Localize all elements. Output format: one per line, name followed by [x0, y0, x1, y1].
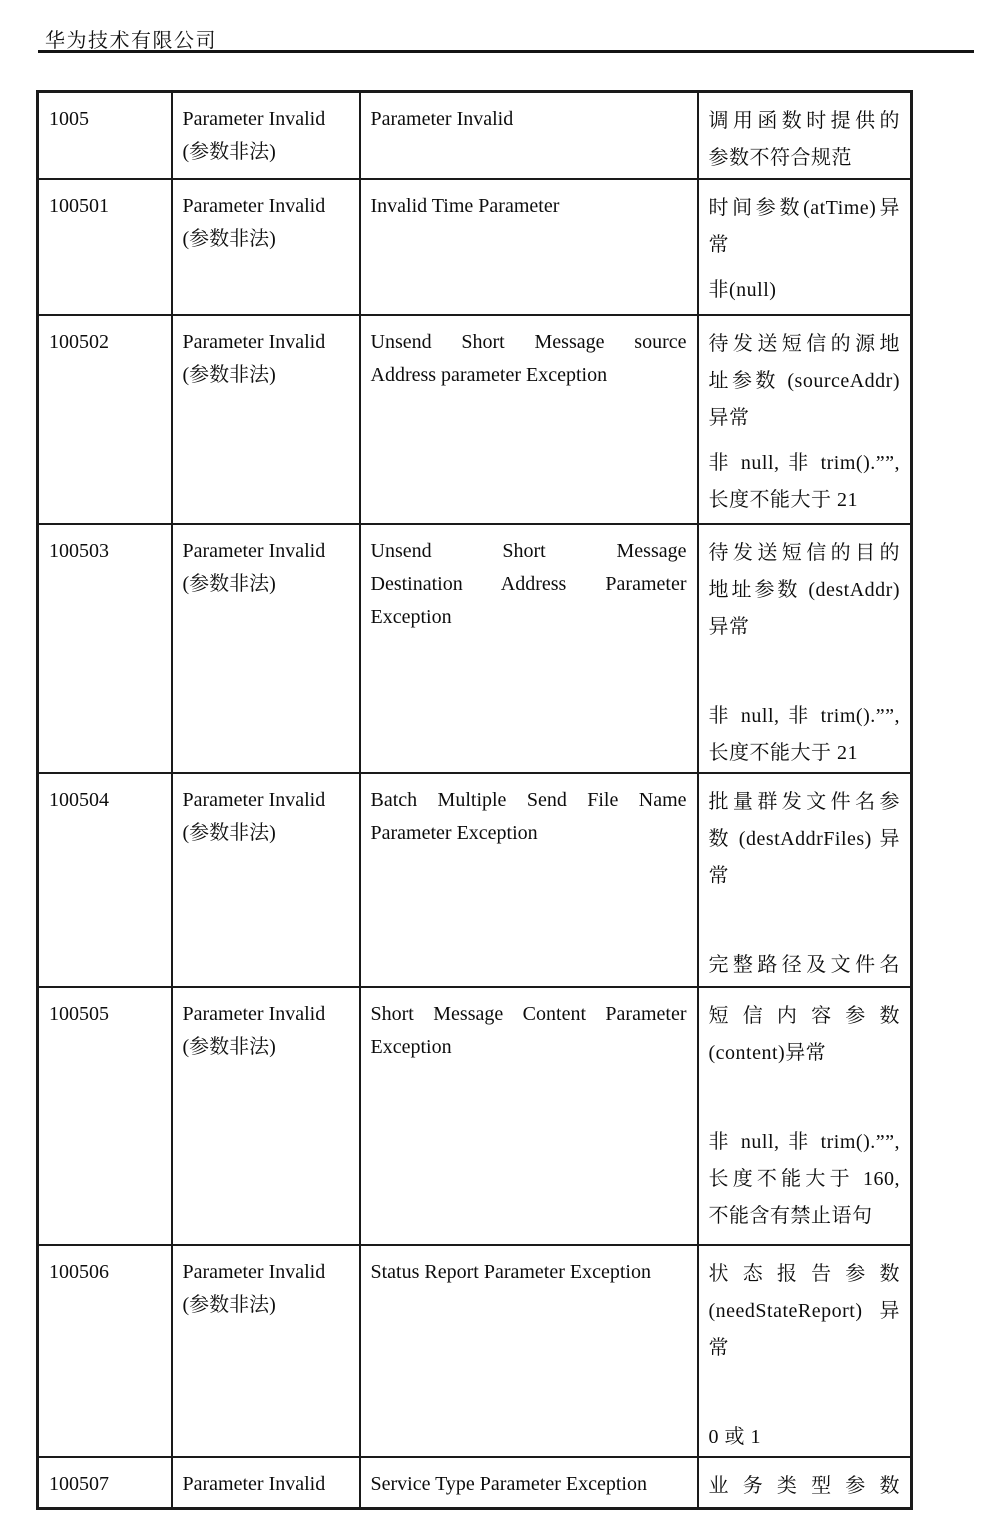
desc-cn-line: 待发送短信的目的 — [709, 535, 901, 572]
desc-cn-line: (needStateReport) 异 — [709, 1293, 901, 1330]
paragraph-gap — [709, 895, 901, 947]
desc-cn-line: 异常 — [709, 400, 901, 437]
company-name: 华为技术有限公司 — [45, 24, 217, 53]
desc-en-line: Unsend Short Message source — [371, 326, 687, 359]
error-name-en: Parameter Invalid — [183, 784, 349, 817]
desc-cn-line: 完整路径及文件名 — [709, 947, 901, 984]
paragraph-gap — [709, 264, 901, 272]
desc-cn-line: 数 (destAddrFiles) 异 — [709, 821, 901, 858]
error-name-en: Parameter Invalid — [183, 1256, 349, 1289]
error-name-cn: (参数非法) — [183, 136, 349, 169]
error-code-table: 1005 Parameter Invalid (参数非法) Parameter … — [36, 90, 913, 1510]
document-page: 华为技术有限公司 1005 Parameter Invalid (参数非法) P… — [0, 0, 1000, 1537]
desc-cn-line: 常 — [709, 227, 901, 264]
error-code: 100501 — [49, 190, 161, 223]
error-name-en: Parameter Invalid — [183, 998, 349, 1031]
table-row: 1005 Parameter Invalid (参数非法) Parameter … — [38, 92, 912, 179]
desc-cn-line: 短信内容参数 — [709, 998, 901, 1035]
table-row: 100504 Parameter Invalid (参数非法) Batch Mu… — [38, 773, 912, 987]
desc-en-line: Parameter Invalid — [371, 103, 687, 136]
error-name-cn: (参数非法) — [183, 568, 349, 601]
desc-en-line: Unsend Short Message — [371, 535, 687, 568]
table-row: 100505 Parameter Invalid (参数非法) Short Me… — [38, 987, 912, 1245]
desc-cn-line: 址参数 (sourceAddr) — [709, 363, 901, 400]
desc-cn-line: 常 — [709, 1330, 901, 1367]
paragraph-gap — [709, 1367, 901, 1419]
desc-cn-line: 业务类型参数 — [709, 1468, 901, 1505]
desc-en-line: Destination Address Parameter — [371, 568, 687, 601]
error-name-cn: (参数非法) — [183, 1031, 349, 1064]
desc-cn-line: 地址参数 (destAddr) — [709, 572, 901, 609]
desc-cn-line: 参数不符合规范 — [709, 140, 901, 177]
desc-cn-line: 状态报告参数 — [709, 1256, 901, 1293]
header-rule — [38, 50, 974, 53]
desc-cn-line: 批量群发文件名参 — [709, 784, 901, 821]
table-row: 100503 Parameter Invalid (参数非法) Unsend S… — [38, 524, 912, 773]
desc-en-line: Address parameter Exception — [371, 359, 687, 392]
desc-cn-line: 调用函数时提供的 — [709, 103, 901, 140]
paragraph-gap — [709, 646, 901, 698]
table-row: 100502 Parameter Invalid (参数非法) Unsend S… — [38, 315, 912, 524]
error-code: 100505 — [49, 998, 161, 1031]
error-name-cn: (参数非法) — [183, 1289, 349, 1322]
desc-cn-line: 非 null, 非 trim().””, — [709, 445, 901, 482]
desc-cn-line: 不能含有禁止语句 — [709, 1198, 901, 1235]
desc-en-line: Short Message Content Parameter — [371, 998, 687, 1031]
desc-cn-line: (content)异常 — [709, 1035, 901, 1072]
table-row: 100506 Parameter Invalid (参数非法) Status R… — [38, 1245, 912, 1457]
table-row: 100507 Parameter Invalid Service Type Pa… — [38, 1457, 912, 1509]
error-name-en: Parameter Invalid — [183, 1468, 349, 1501]
table-row: 100501 Parameter Invalid (参数非法) Invalid … — [38, 179, 912, 315]
error-code: 100506 — [49, 1256, 161, 1289]
desc-cn-line: 0 或 1 — [709, 1419, 901, 1456]
paragraph-gap — [709, 1072, 901, 1124]
error-name-cn: (参数非法) — [183, 817, 349, 850]
desc-cn-line: 待发送短信的源地 — [709, 326, 901, 363]
desc-en-line: Exception — [371, 601, 687, 634]
error-code: 100504 — [49, 784, 161, 817]
error-code: 100507 — [49, 1468, 161, 1501]
desc-en-line: Status Report Parameter Exception — [371, 1256, 687, 1289]
desc-cn-line: 长度不能大于 21 — [709, 482, 901, 519]
desc-cn-line: 常 — [709, 858, 901, 895]
error-code: 1005 — [49, 103, 161, 136]
error-name-cn: (参数非法) — [183, 223, 349, 256]
paragraph-gap — [709, 437, 901, 445]
error-code: 100503 — [49, 535, 161, 568]
desc-en-line: Batch Multiple Send File Name — [371, 784, 687, 817]
error-name-en: Parameter Invalid — [183, 190, 349, 223]
desc-en-line: Parameter Exception — [371, 817, 687, 850]
desc-cn-line: 异常 — [709, 609, 901, 646]
error-name-cn: (参数非法) — [183, 359, 349, 392]
desc-cn-line: 非(null) — [709, 272, 901, 309]
desc-cn-line: 非 null, 非 trim().””, — [709, 698, 901, 735]
error-name-en: Parameter Invalid — [183, 535, 349, 568]
desc-cn-line: 长度不能大于 160, — [709, 1161, 901, 1198]
error-name-en: Parameter Invalid — [183, 103, 349, 136]
desc-en-line: Service Type Parameter Exception — [371, 1468, 687, 1501]
desc-cn-line: 时间参数(atTime)异 — [709, 190, 901, 227]
desc-cn-line: 非 null, 非 trim().””, — [709, 1124, 901, 1161]
error-name-en: Parameter Invalid — [183, 326, 349, 359]
error-code: 100502 — [49, 326, 161, 359]
desc-en-line: Invalid Time Parameter — [371, 190, 687, 223]
desc-cn-line: 长度不能大于 21 — [709, 735, 901, 772]
desc-en-line: Exception — [371, 1031, 687, 1064]
